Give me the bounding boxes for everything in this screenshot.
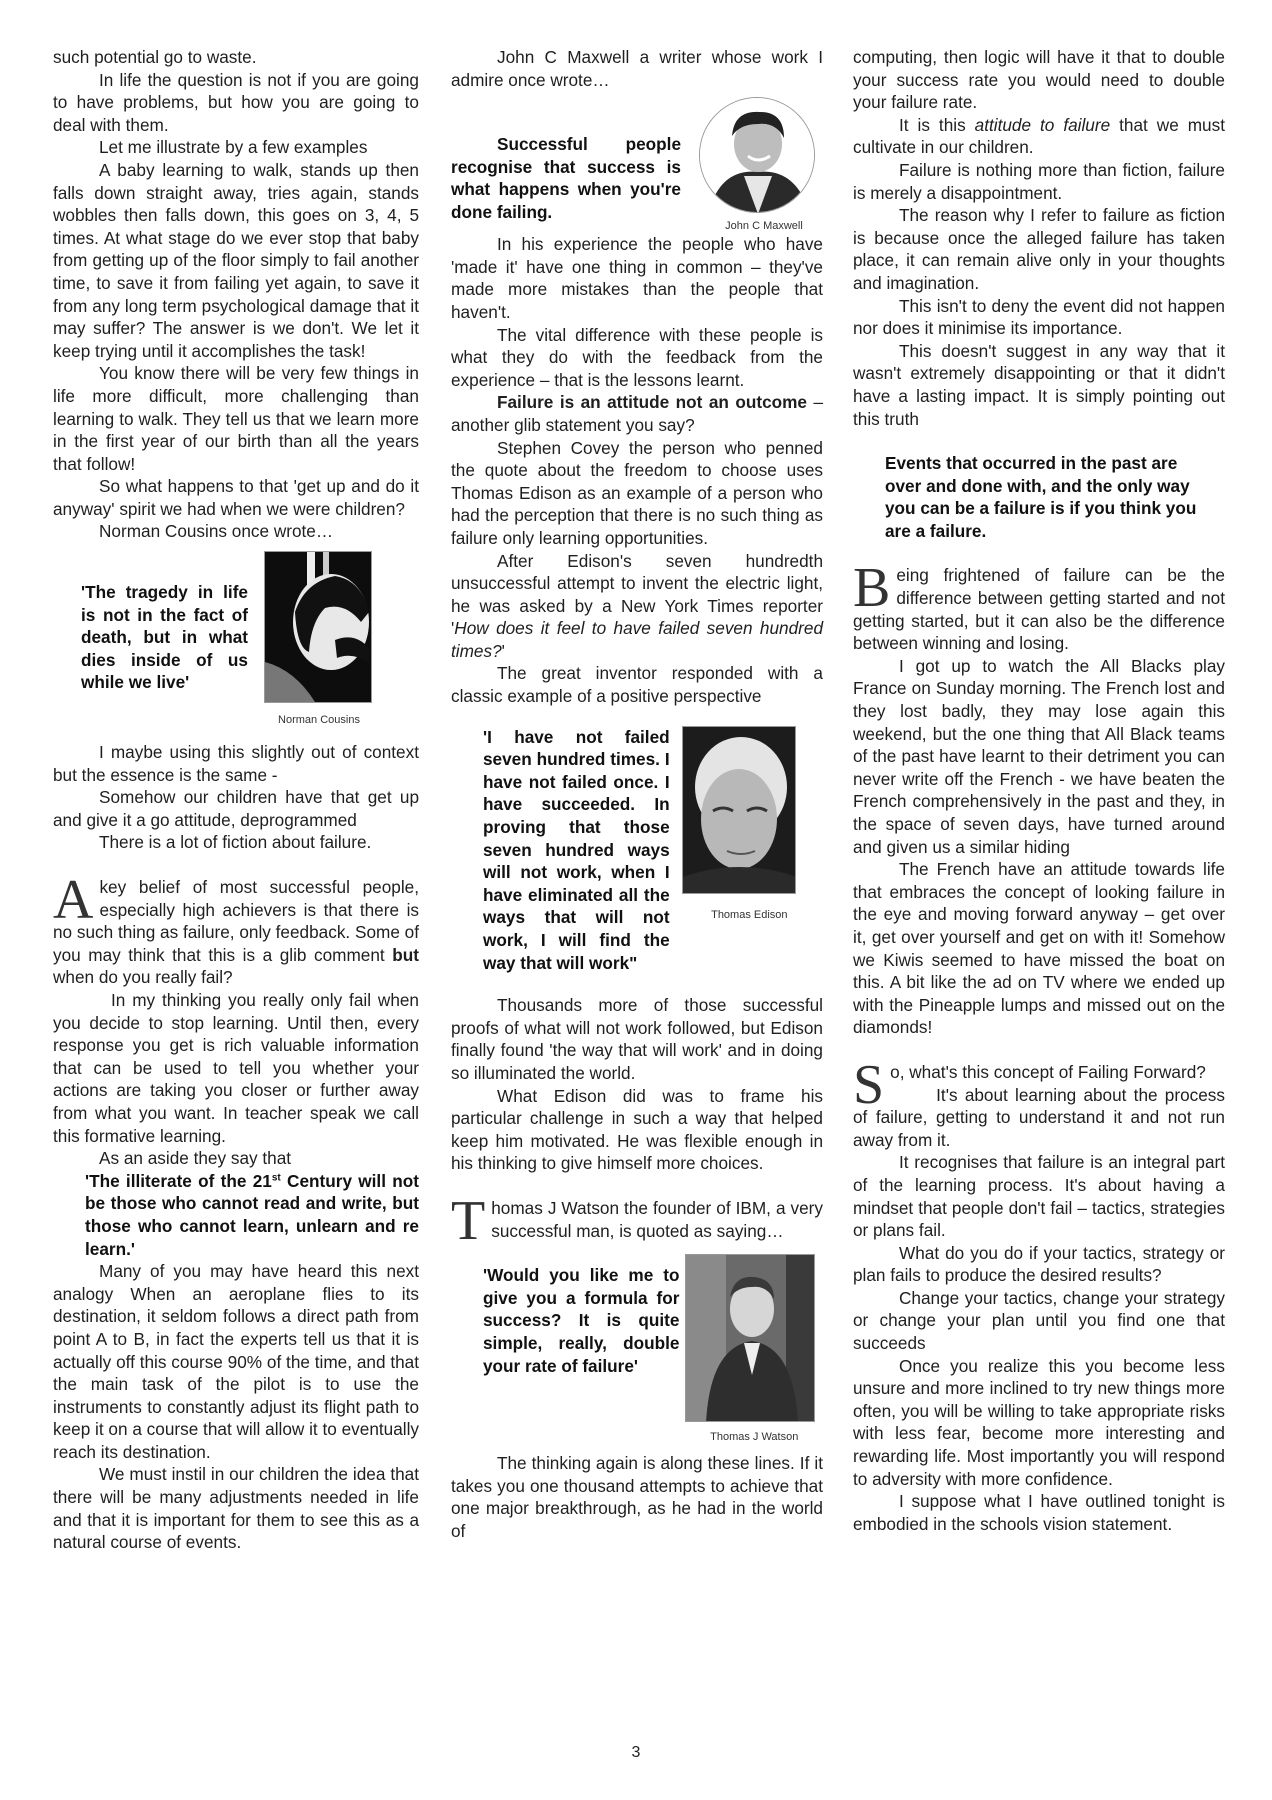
- paragraph: What do you do if your tactics, strategy…: [853, 1242, 1225, 1287]
- column-1: such potential go to waste. In life the …: [53, 46, 419, 1554]
- paragraph: We must instil in our children the idea …: [53, 1463, 419, 1553]
- john-maxwell-photo: [699, 97, 815, 213]
- cousins-quote: 'The tragedy in life is not in the fact …: [81, 581, 248, 694]
- page-number: 3: [0, 1744, 1272, 1762]
- paragraph: The thinking again is along these lines.…: [451, 1452, 823, 1542]
- paragraph: A baby learning to walk, stands up then …: [53, 159, 419, 362]
- edison-quote-block: 'I have not failed seven hundred times. …: [451, 726, 823, 975]
- dropcap-t: T: [451, 1201, 485, 1241]
- paragraph: computing, then logic will have it that …: [853, 46, 1225, 114]
- paragraph: Once you realize this you become less un…: [853, 1355, 1225, 1491]
- paragraph: This isn't to deny the event did not hap…: [853, 295, 1225, 340]
- thomas-edison-photo: [682, 726, 796, 894]
- watson-quote-block: 'Would you like me to give you a formula…: [451, 1254, 823, 1444]
- paragraph: Thousands more of those successful proof…: [451, 994, 823, 1084]
- paragraph-dropcap-a: Akey belief of most successful people, e…: [53, 876, 419, 989]
- column-2: John C Maxwell a writer whose work I adm…: [451, 46, 823, 1543]
- paragraph: It's about learning about the process of…: [853, 1084, 1225, 1152]
- paragraph: Let me illustrate by a few examples: [53, 136, 419, 159]
- paragraph: Change your tactics, change your strateg…: [853, 1287, 1225, 1355]
- paragraph: The great inventor responded with a clas…: [451, 662, 823, 707]
- maxwell-quote-block: Successful people recognise that success…: [451, 97, 823, 233]
- cousins-caption: Norman Cousins: [254, 713, 384, 727]
- paragraph: Somehow our children have that get up an…: [53, 786, 419, 831]
- paragraph: The reason why I refer to failure as fic…: [853, 204, 1225, 294]
- paragraph: Failure is an attitude not an outcome – …: [451, 391, 823, 436]
- paragraph: It is this attitude to failure that we m…: [853, 114, 1225, 159]
- paragraph: The vital difference with these people i…: [451, 324, 823, 392]
- dropcap-b: B: [853, 568, 890, 608]
- paragraph-dropcap-t: Thomas J Watson the founder of IBM, a ve…: [451, 1197, 823, 1242]
- paragraph: I suppose what I have outlined tonight i…: [853, 1490, 1225, 1535]
- events-quote: Events that occurred in the past are ove…: [853, 452, 1225, 542]
- paragraph: such potential go to waste.: [53, 46, 419, 69]
- paragraph-dropcap-b: Being frightened of failure can be the d…: [853, 564, 1225, 654]
- maxwell-quote: Successful people recognise that success…: [451, 133, 681, 223]
- dropcap-a: A: [53, 880, 93, 920]
- paragraph: The French have an attitude towards life…: [853, 858, 1225, 1039]
- paragraph: Norman Cousins once wrote…: [53, 520, 419, 543]
- paragraph: I maybe using this slightly out of conte…: [53, 741, 419, 786]
- paragraph: You know there will be very few things i…: [53, 362, 419, 475]
- paragraph: Many of you may have heard this next ana…: [53, 1260, 419, 1463]
- edison-quote: 'I have not failed seven hundred times. …: [483, 726, 670, 975]
- cousins-quote-block: 'The tragedy in life is not in the fact …: [53, 551, 419, 727]
- paragraph-dropcap-s: So, what's this concept of Failing Forwa…: [853, 1061, 1225, 1084]
- paragraph: There is a lot of fiction about failure.: [53, 831, 419, 854]
- paragraph: In his experience the people who have 'm…: [451, 233, 823, 323]
- paragraph: Stephen Covey the person who penned the …: [451, 437, 823, 550]
- norman-cousins-photo: [264, 551, 372, 703]
- paragraph: I got up to watch the All Blacks play Fr…: [853, 655, 1225, 858]
- maxwell-caption: John C Maxwell: [699, 219, 829, 233]
- paragraph: What Edison did was to frame his particu…: [451, 1085, 823, 1175]
- column-3: computing, then logic will have it that …: [853, 46, 1225, 1535]
- watson-caption: Thomas J Watson: [685, 1430, 823, 1444]
- paragraph: This doesn't suggest in any way that it …: [853, 340, 1225, 430]
- paragraph: John C Maxwell a writer whose work I adm…: [451, 46, 823, 91]
- paragraph: It recognises that failure is an integra…: [853, 1151, 1225, 1241]
- thomas-watson-photo: [685, 1254, 815, 1422]
- dropcap-s: S: [853, 1065, 884, 1105]
- paragraph: In my thinking you really only fail when…: [53, 989, 419, 1147]
- watson-quote: 'Would you like me to give you a formula…: [483, 1264, 679, 1377]
- paragraph: After Edison's seven hundredth unsuccess…: [451, 550, 823, 663]
- edison-caption: Thomas Edison: [676, 908, 823, 922]
- paragraph: In life the question is not if you are g…: [53, 69, 419, 137]
- illiterate-quote: 'The illiterate of the 21st Century will…: [53, 1170, 419, 1260]
- paragraph: Failure is nothing more than fiction, fa…: [853, 159, 1225, 204]
- paragraph: So what happens to that 'get up and do i…: [53, 475, 419, 520]
- paragraph: As an aside they say that: [53, 1147, 419, 1170]
